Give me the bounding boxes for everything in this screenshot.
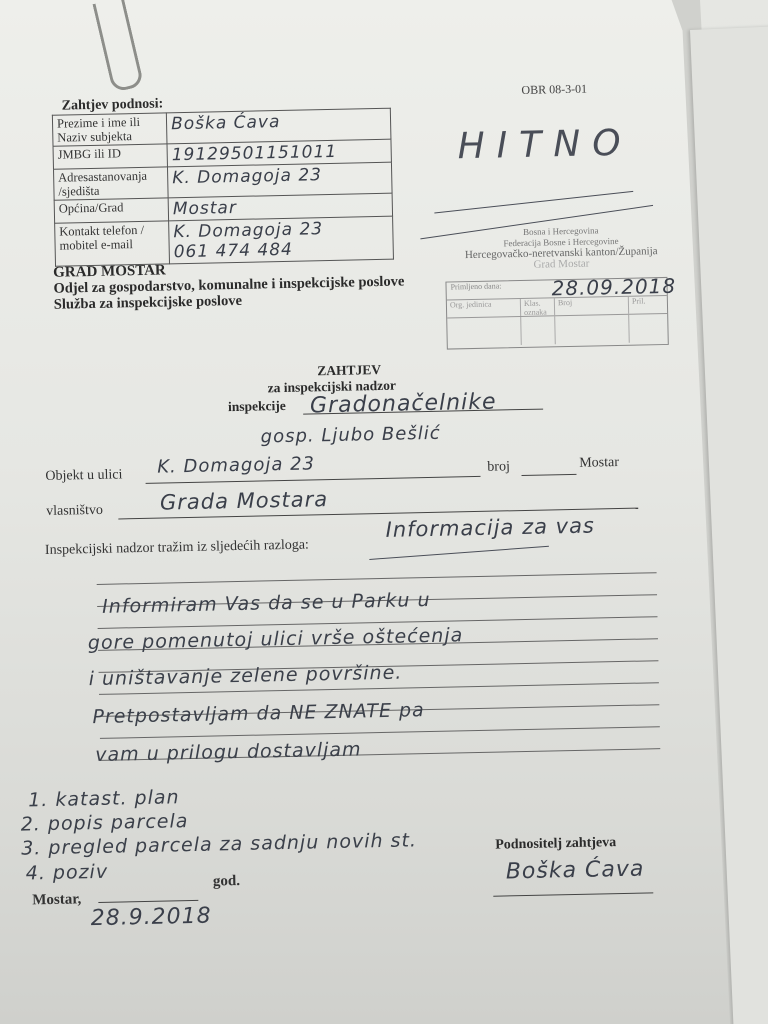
name-label: Prezime i ime ili Naziv subjekta (52, 113, 167, 146)
year-label: god. (213, 873, 240, 891)
inspection-label: inspekcije (228, 398, 286, 415)
street-label: Objekt u ulici (45, 467, 122, 485)
reason-text-line[interactable]: vam u prilogu dostavljam (95, 738, 362, 766)
stamp-col: Org. jedinica (447, 299, 521, 318)
attachment-item: 2. popis parcela (20, 810, 188, 836)
signature-line (493, 892, 653, 896)
city-label: Mostar (579, 455, 619, 472)
stamp-empty-row (447, 314, 668, 347)
inspection-field[interactable]: Gradonačelnike (310, 390, 497, 419)
jmbg-label: JMBG ili ID (53, 144, 167, 169)
applicant-table: Prezime i ime ili Naziv subjekta Boška Ć… (52, 108, 394, 267)
reason-text-line[interactable]: gore pomenutoj ulici vrše oštećenja (88, 624, 464, 654)
reason-field[interactable]: Informacija za vas (385, 514, 595, 542)
attachment-item: 1. katast. plan (28, 786, 180, 811)
signature-label: Podnositelj zahtjeva (495, 835, 616, 854)
form-content: OBR 08-3-01 Zahtjev podnosi: Prezime i i… (0, 0, 768, 1024)
address-field[interactable]: K. Domagoja 23 (167, 162, 392, 198)
stamp-col: Pril. (629, 296, 662, 314)
reason-text-line[interactable]: Pretpostavljam da NE ZNATE pa (92, 699, 425, 728)
number-line[interactable] (522, 474, 577, 476)
contact-label: Kontakt telefon / mobitel e-mail (55, 221, 170, 266)
address-label: Adresastanovanja /sjedišta (54, 167, 169, 200)
reason-label: Inspekcijski nadzor tražim iz sljedećih … (45, 538, 309, 560)
place-label: Mostar, (32, 891, 81, 909)
reason-text-line[interactable]: Informiram Vas da se u Parku u (102, 589, 431, 618)
street-line (146, 476, 481, 484)
underline-stroke (434, 191, 633, 214)
ownership-field[interactable]: Grada Mostara (160, 487, 329, 515)
municipality-label: Općina/Grad (54, 198, 168, 223)
urgent-note: HITNO (457, 123, 633, 168)
ruled-line (100, 726, 660, 739)
contact-field[interactable]: K. Domagoja 23 061 474 484 (169, 216, 394, 264)
date-line (98, 900, 198, 903)
attachment-item: 4. poziv (26, 861, 109, 885)
stamp-header: Bosna i Hercegovina Federacija Bosne i H… (464, 224, 658, 272)
inspection-field-line2[interactable]: gosp. Ljubo Bešlić (260, 423, 440, 448)
ruled-line (97, 572, 657, 585)
request-title: ZAHTJEV (317, 362, 381, 379)
signature-field[interactable]: Boška Ćava (506, 857, 645, 885)
stamp-col: Klas. oznaka (521, 298, 555, 316)
form-code: OBR 08-3-01 (521, 82, 587, 98)
date-field[interactable]: 28.9.2018 (90, 904, 211, 932)
received-date: 28.09.2018 (551, 274, 676, 301)
department-block: GRAD MOSTAR Odjel za gospodarstvo, komun… (53, 257, 405, 312)
street-field[interactable]: K. Domagoja 23 (157, 453, 315, 477)
reason-text-line[interactable]: i uništavanje zelene površine. (88, 662, 402, 691)
name-field[interactable]: Boška Ćava (166, 108, 391, 144)
paperclip-icon (92, 0, 144, 93)
number-label: broj (487, 459, 510, 475)
ownership-label: vlasništvo (46, 503, 103, 520)
underline-stroke (369, 546, 549, 560)
